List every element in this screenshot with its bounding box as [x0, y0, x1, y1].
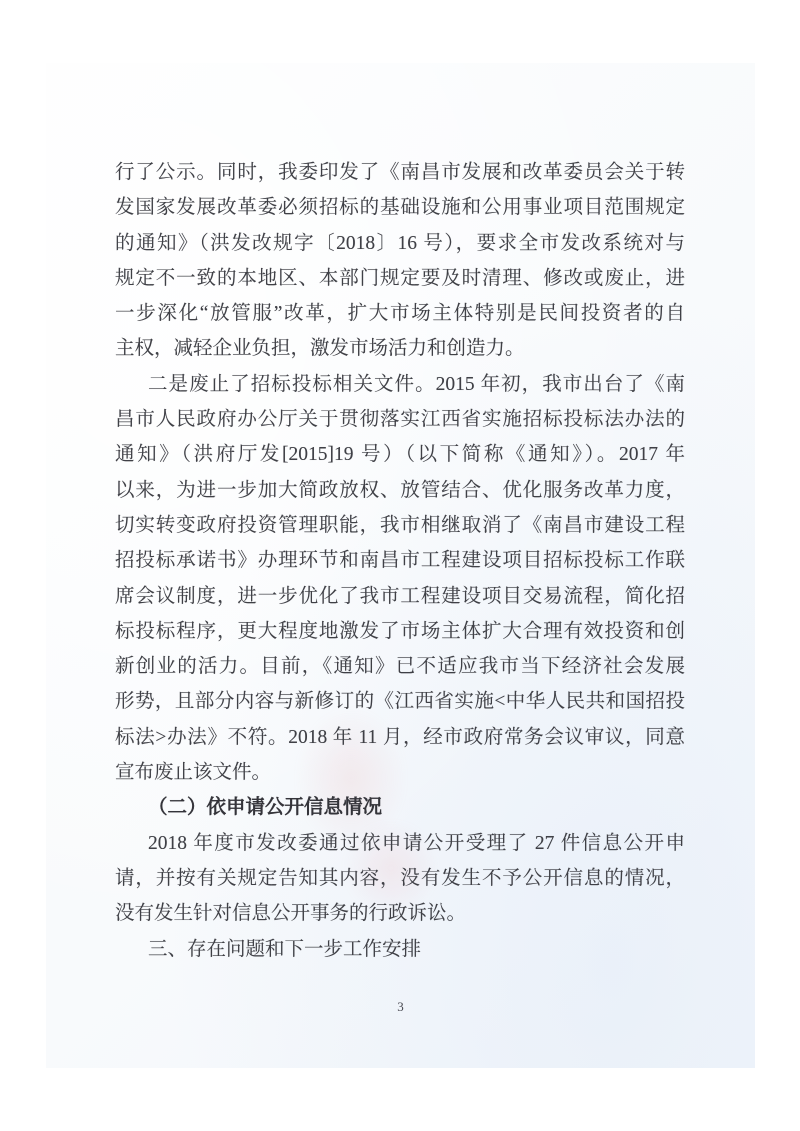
paragraph-line: 主权，减轻企业负担，激发市场活力和创造力。: [115, 331, 685, 366]
paragraph-line: 二是废止了招标投标相关文件。2015 年初，我市出台了《南: [115, 367, 685, 402]
paragraph-line: 请，并按有关规定告知其内容，没有发生不予公开信息的情况，: [115, 861, 685, 896]
paragraph-line: 宣布废止该文件。: [115, 755, 685, 790]
paragraph-line: 行了公示。同时，我委印发了《南昌市发展和改革委员会关于转: [115, 155, 685, 190]
paragraph-line: 发国家发展改革委必须招标的基础设施和公用事业项目范围规定: [115, 190, 685, 225]
paragraph-line: 招投标承诺书》办理环节和南昌市工程建设项目招标投标工作联: [115, 543, 685, 578]
document-body: 行了公示。同时，我委印发了《南昌市发展和改革委员会关于转 发国家发展改革委必须招…: [115, 155, 685, 967]
section-heading: 三、存在问题和下一步工作安排: [115, 932, 685, 967]
paragraph-line: 标投标程序，更大程度地激发了市场主体扩大合理有效投资和创: [115, 614, 685, 649]
paragraph-line: 规定不一致的本地区、本部门规定要及时清理、修改或废止，进: [115, 261, 685, 296]
paragraph-line: 通知》（洪府厅发[2015]19 号）（以下简称《通知》）。2017 年: [115, 437, 685, 472]
paragraph-line: 昌市人民政府办公厅关于贯彻落实江西省实施招标投标法办法的: [115, 402, 685, 437]
paragraph-line: 切实转变政府投资管理职能，我市相继取消了《南昌市建设工程: [115, 508, 685, 543]
paragraph-line: 新创业的活力。目前，《通知》已不适应我市当下经济社会发展: [115, 649, 685, 684]
paragraph-line: 以来，为进一步加大简政放权、放管结合、优化服务改革力度，: [115, 473, 685, 508]
page-number: 3: [46, 999, 755, 1015]
section-heading: （二）依申请公开信息情况: [115, 790, 685, 825]
paragraph-line: 没有发生针对信息公开事务的行政诉讼。: [115, 896, 685, 931]
paragraph-line: 2018 年度市发改委通过依申请公开受理了 27 件信息公开申: [115, 826, 685, 861]
scanned-document-view: 行了公示。同时，我委印发了《南昌市发展和改革委员会关于转 发国家发展改革委必须招…: [0, 0, 800, 1131]
paragraph-line: 的通知》（洪发改规字〔2018〕16 号），要求全市发改系统对与: [115, 226, 685, 261]
paragraph-line: 一步深化“放管服”改革，扩大市场主体特别是民间投资者的自: [115, 296, 685, 331]
paragraph-line: 形势，且部分内容与新修订的《江西省实施<中华人民共和国招投: [115, 684, 685, 719]
paragraph-line: 标法>办法》不符。2018 年 11 月，经市政府常务会议审议，同意: [115, 720, 685, 755]
paragraph-line: 席会议制度，进一步优化了我市工程建设项目交易流程，简化招: [115, 579, 685, 614]
scanned-page: 行了公示。同时，我委印发了《南昌市发展和改革委员会关于转 发国家发展改革委必须招…: [46, 63, 755, 1068]
